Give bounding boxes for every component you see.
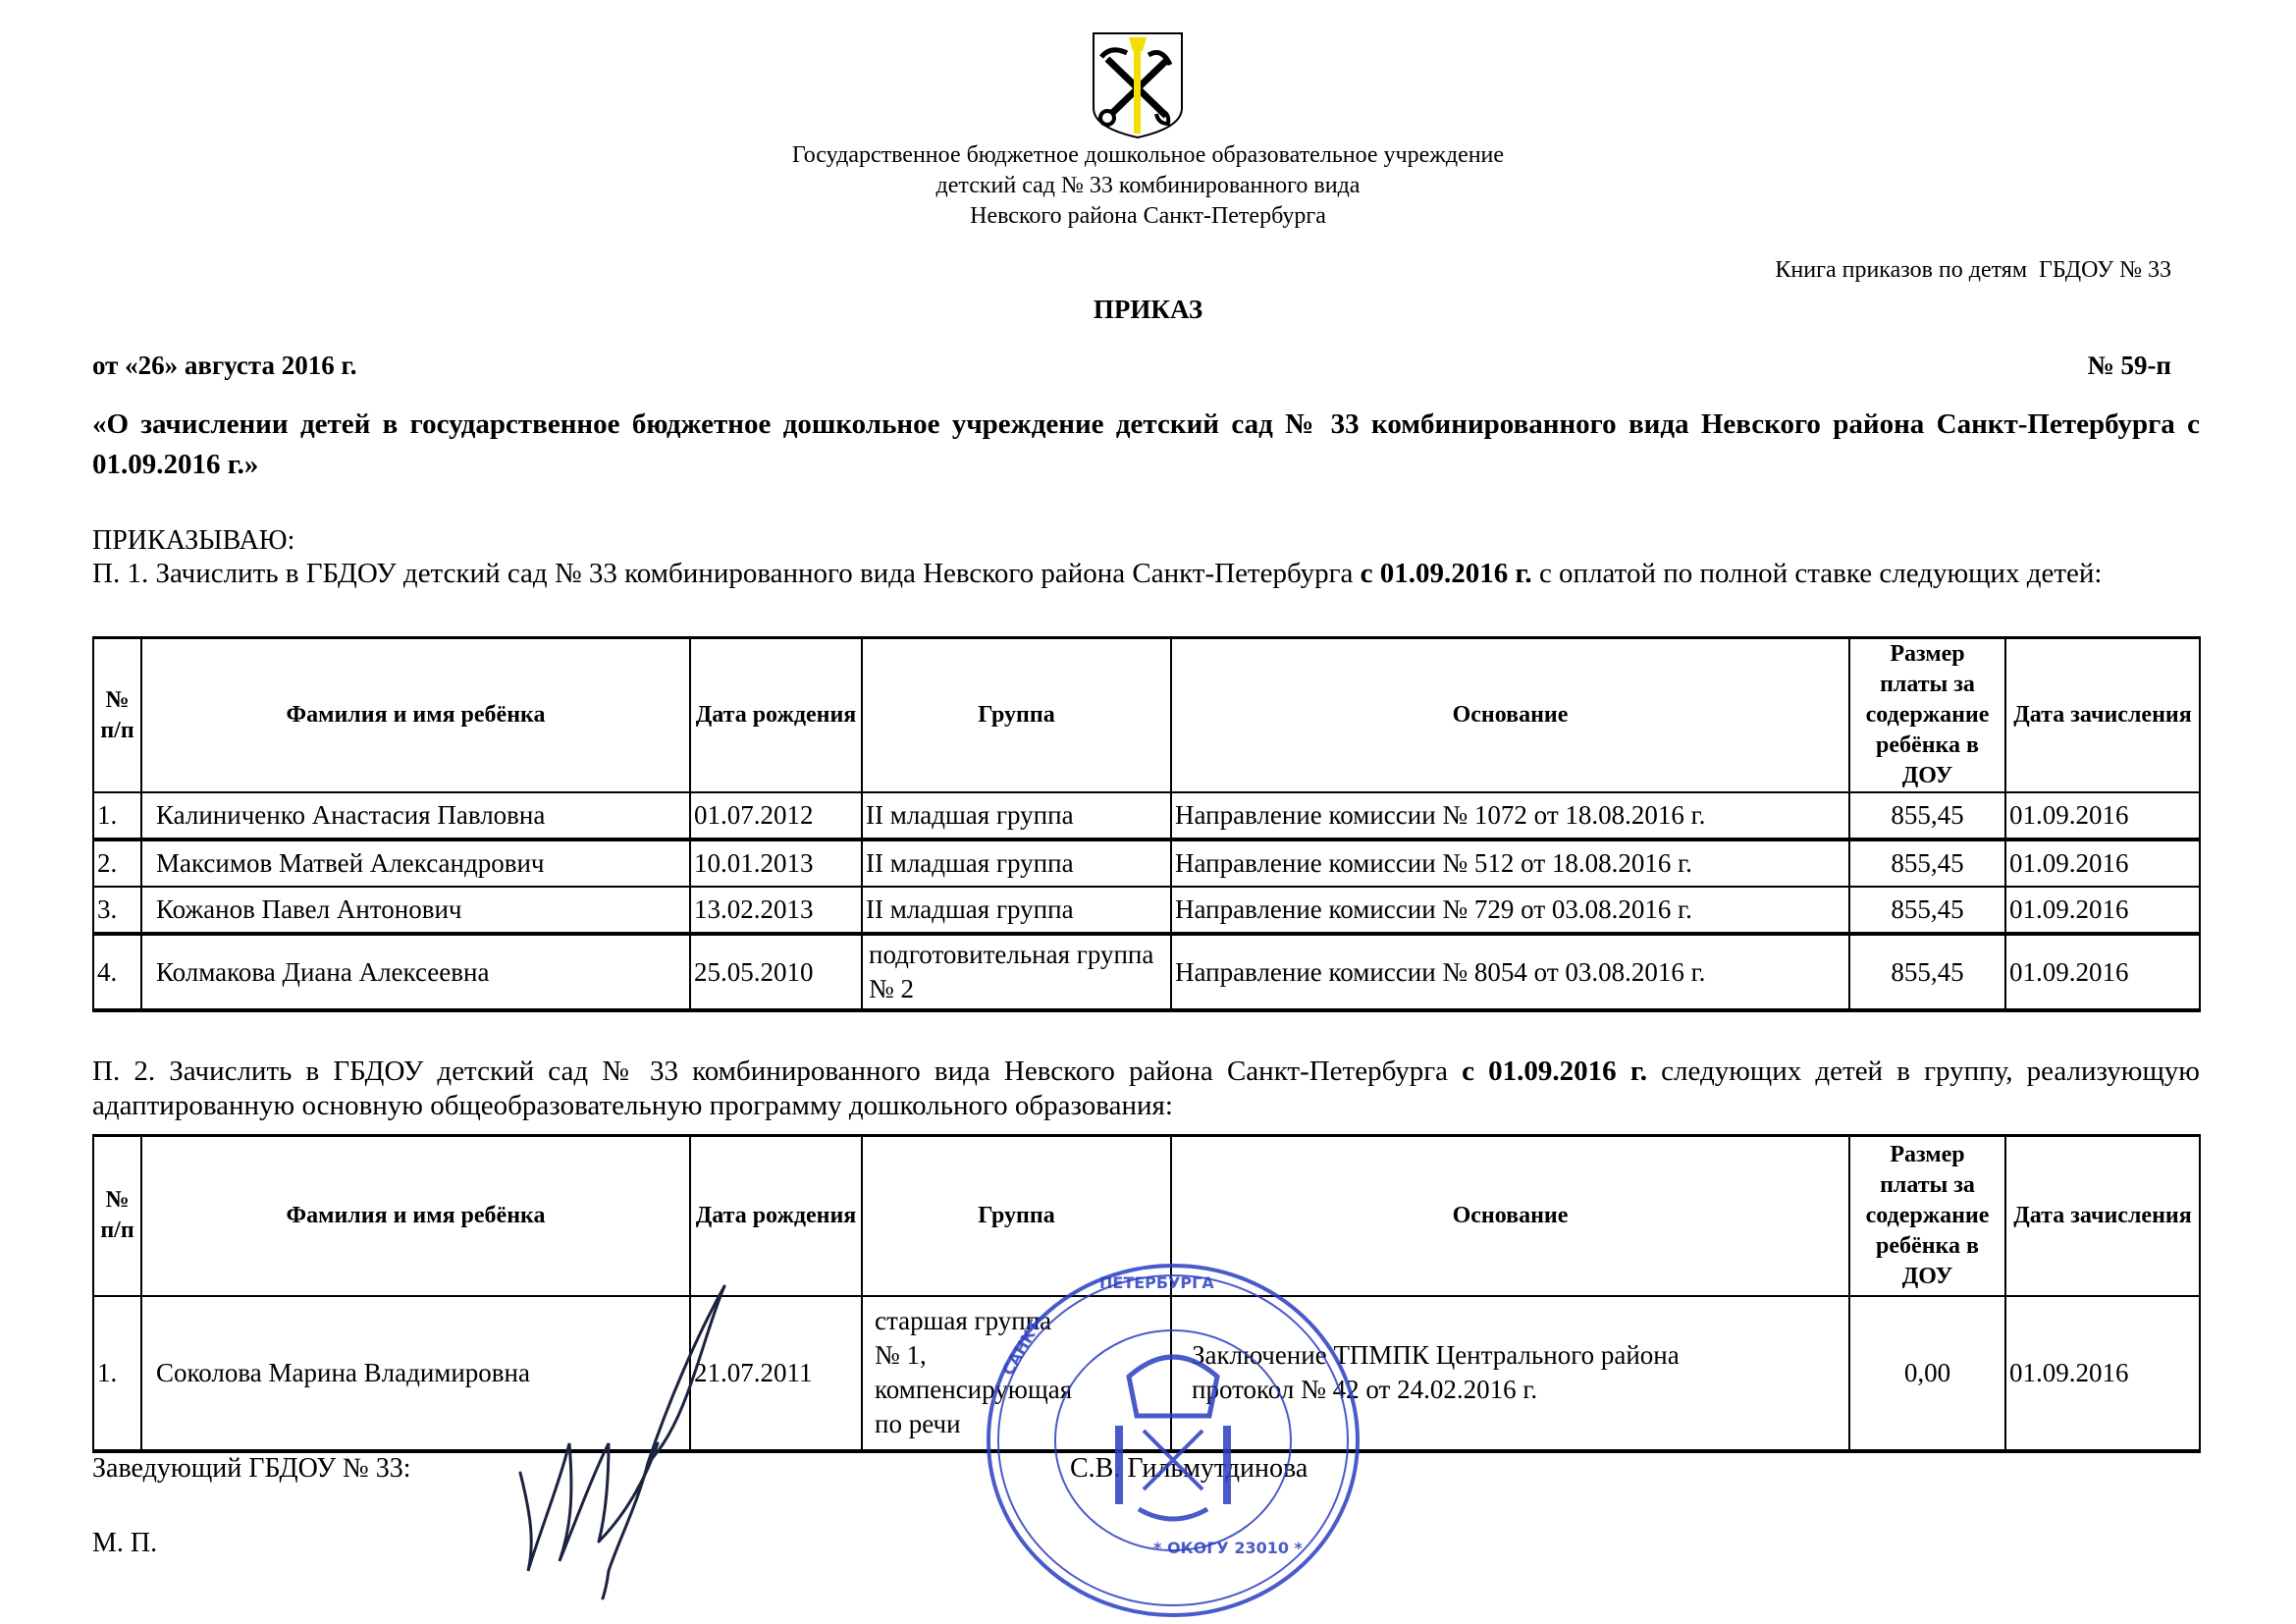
section-1-date: с 01.09.2016 г. — [1361, 558, 1532, 589]
enrollment-table-1: № п/п Фамилия и имя ребёнка Дата рождени… — [92, 636, 2201, 1012]
table-row: 1. Калиниченко Анастасия Павловна 01.07.… — [93, 792, 2200, 839]
cell-birth: 10.01.2013 — [690, 839, 862, 887]
section-2-date: с 01.09.2016 г. — [1462, 1056, 1647, 1087]
cell-fee: 855,45 — [1849, 792, 2005, 839]
order-date-line: от «26» августа 2016 г. № 59-п — [92, 351, 2171, 381]
cell-group: старшая группа № 1, компенсирующая по ре… — [862, 1296, 1171, 1451]
header-fee: Размер платы за содержание ребёнка в ДОУ — [1849, 1136, 2005, 1296]
cell-enroll: 01.09.2016 — [2005, 1296, 2200, 1451]
cell-num: 4. — [93, 934, 141, 1010]
enrollment-table-2: № п/п Фамилия и имя ребёнка Дата рождени… — [92, 1134, 2201, 1453]
table-row: 4. Колмакова Диана Алексеевна 25.05.2010… — [93, 934, 2200, 1010]
cell-enroll: 01.09.2016 — [2005, 934, 2200, 1010]
header-num: № п/п — [93, 1136, 141, 1296]
cell-basis: Направление комиссии № 512 от 18.08.2016… — [1171, 839, 1849, 887]
cell-basis: Направление комиссии № 8054 от 03.08.201… — [1171, 934, 1849, 1010]
cell-group: II младшая группа — [862, 887, 1171, 934]
header-enroll: Дата зачисления — [2005, 1136, 2200, 1296]
order-date: от «26» августа 2016 г. — [92, 351, 356, 381]
cell-basis: Направление комиссии № 729 от 03.08.2016… — [1171, 887, 1849, 934]
section-1-text: П. 1. Зачислить в ГБДОУ детский сад № 33… — [92, 557, 2200, 591]
header-group: Группа — [862, 638, 1171, 793]
section-2-text: П. 2. Зачислить в ГБДОУ детский сад № 33… — [92, 1055, 2200, 1123]
cell-name: Соколова Марина Владимировна — [141, 1296, 690, 1451]
cell-enroll: 01.09.2016 — [2005, 887, 2200, 934]
cell-num: 3. — [93, 887, 141, 934]
cell-num: 1. — [93, 792, 141, 839]
signatory-name: С.В. Гильмутдинова — [1070, 1453, 1308, 1485]
org-line-3: Невского района Санкт-Петербурга — [0, 201, 2296, 232]
section-2-text-before: П. 2. Зачислить в ГБДОУ детский сад № 33… — [92, 1056, 1462, 1087]
svg-text:* ОКОГУ 23010 *: * ОКОГУ 23010 * — [1153, 1539, 1304, 1557]
cell-birth: 25.05.2010 — [690, 934, 862, 1010]
cell-name: Максимов Матвей Александрович — [141, 839, 690, 887]
header-birth: Дата рождения — [690, 1136, 862, 1296]
header-basis: Основание — [1171, 1136, 1849, 1296]
cell-fee: 0,00 — [1849, 1296, 2005, 1451]
cell-name: Колмакова Диана Алексеевна — [141, 934, 690, 1010]
cell-birth: 01.07.2012 — [690, 792, 862, 839]
cell-basis: Заключение ТПМПК Центрального района про… — [1171, 1296, 1849, 1451]
orders-label: ПРИКАЗЫВАЮ: — [92, 525, 294, 557]
cell-group: II младшая группа — [862, 839, 1171, 887]
table-row: 3. Кожанов Павел Антонович 13.02.2013 II… — [93, 887, 2200, 934]
cell-fee: 855,45 — [1849, 839, 2005, 887]
header-fee: Размер платы за содержание ребёнка в ДОУ — [1849, 638, 2005, 793]
org-line-1: Государственное бюджетное дошкольное обр… — [0, 140, 2296, 171]
cell-name: Кожанов Павел Антонович — [141, 887, 690, 934]
cell-group: II младшая группа — [862, 792, 1171, 839]
seal-mark: М. П. — [92, 1528, 157, 1559]
cell-num: 1. — [93, 1296, 141, 1451]
position-label: Заведующий ГБДОУ № 33: — [92, 1453, 411, 1485]
cell-fee: 855,45 — [1849, 934, 2005, 1010]
cell-name: Калиниченко Анастасия Павловна — [141, 792, 690, 839]
table-header-row: № п/п Фамилия и имя ребёнка Дата рождени… — [93, 1136, 2200, 1296]
section-1-text-before: П. 1. Зачислить в ГБДОУ детский сад № 33… — [92, 558, 1361, 589]
header-group: Группа — [862, 1136, 1171, 1296]
cell-birth: 21.07.2011 — [690, 1296, 862, 1451]
org-line-2: детский сад № 33 комбинированного вида — [0, 171, 2296, 201]
section-1-text-after: с оплатой по полной ставке следующих дет… — [1532, 558, 2103, 589]
cell-fee: 855,45 — [1849, 887, 2005, 934]
table-header-row: № п/п Фамилия и имя ребёнка Дата рождени… — [93, 638, 2200, 793]
book-reference: Книга приказов по детям ГБДОУ № 33 — [1775, 257, 2171, 284]
header-birth: Дата рождения — [690, 638, 862, 793]
table-row: 2. Максимов Матвей Александрович 10.01.2… — [93, 839, 2200, 887]
table-row: 1. Соколова Марина Владимировна 21.07.20… — [93, 1296, 2200, 1451]
document-title: ПРИКАЗ — [0, 295, 2296, 325]
cell-enroll: 01.09.2016 — [2005, 792, 2200, 839]
header-basis: Основание — [1171, 638, 1849, 793]
organization-header: Государственное бюджетное дошкольное обр… — [0, 140, 2296, 232]
header-enroll: Дата зачисления — [2005, 638, 2200, 793]
cell-enroll: 01.09.2016 — [2005, 839, 2200, 887]
cell-group: подготовительная группа № 2 — [862, 934, 1171, 1010]
header-num: № п/п — [93, 638, 141, 793]
cell-basis: Направление комиссии № 1072 от 18.08.201… — [1171, 792, 1849, 839]
header-name: Фамилия и имя ребёнка — [141, 638, 690, 793]
cell-num: 2. — [93, 839, 141, 887]
coat-of-arms-icon — [1090, 29, 1186, 139]
order-subject: «О зачислении детей в государственное бю… — [92, 405, 2200, 485]
order-number: № 59-п — [2088, 351, 2171, 381]
header-name: Фамилия и имя ребёнка — [141, 1136, 690, 1296]
cell-birth: 13.02.2013 — [690, 887, 862, 934]
